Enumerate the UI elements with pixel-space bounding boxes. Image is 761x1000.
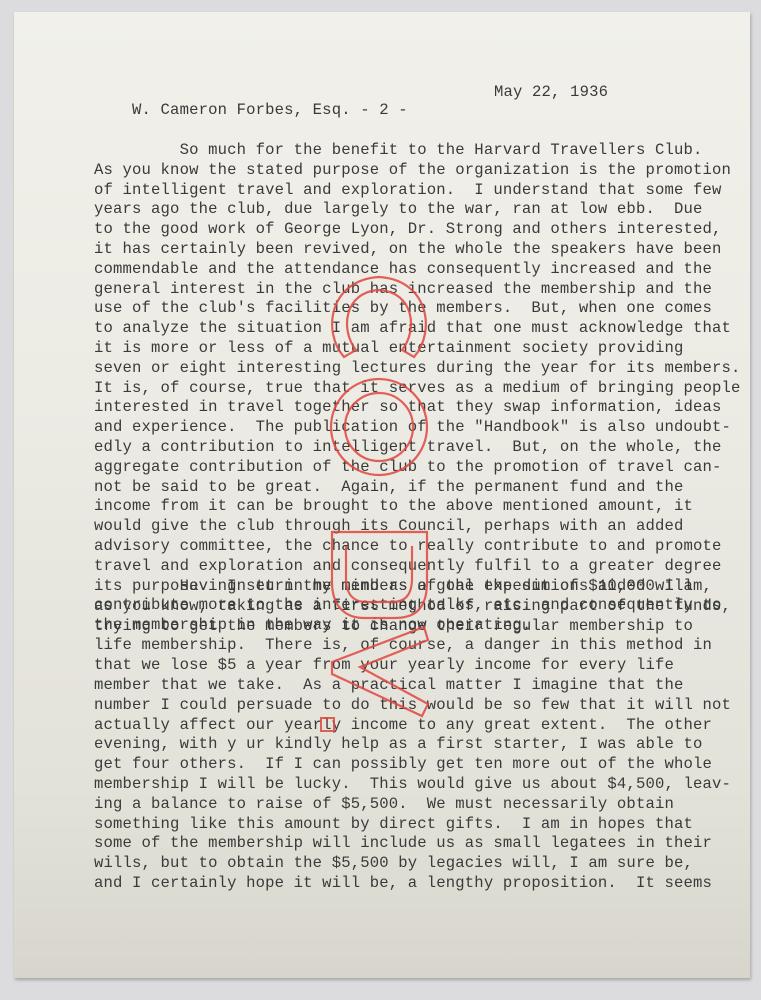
text-line: and experience. The publication of the "… (94, 418, 741, 438)
paragraph-2: Having set in my mind as a goal the sum … (94, 577, 731, 894)
text-line: to analyze the situation I am afraid tha… (94, 319, 741, 339)
text-line: not be said to be great. Again, if the p… (94, 478, 741, 498)
text-line: advisory committee, the chance to really… (94, 537, 741, 557)
text-line: it is more or less of a mutual entertain… (94, 339, 741, 359)
letter-date: May 22, 1936 (494, 83, 608, 101)
text-line: seven or eight interesting lectures duri… (94, 359, 741, 379)
text-line: edly a contribution to intelligent trave… (94, 438, 741, 458)
text-line: years ago the club, due largely to the w… (94, 200, 741, 220)
recipient-line: W. Cameron Forbes, Esq. - 2 - (132, 101, 408, 119)
text-line: travel and exploration and consequently … (94, 557, 741, 577)
text-line: life membership. There is, of course, a … (94, 636, 731, 656)
text-line: ing a balance to raise of $5,500. We mus… (94, 795, 731, 815)
text-line: it has certainly been revived, on the wh… (94, 240, 741, 260)
text-line: wills, but to obtain the $5,500 by legac… (94, 854, 731, 874)
text-line: general interest in the club has increas… (94, 280, 741, 300)
text-line: membership I will be lucky. This would g… (94, 775, 731, 795)
text-line: trying to get the members to change thei… (94, 617, 731, 637)
text-line: So much for the benefit to the Harvard T… (94, 141, 741, 161)
text-line: some of the membership will include us a… (94, 834, 731, 854)
text-line: something like this amount by direct gif… (94, 815, 731, 835)
text-line: member that we take. As a practical matt… (94, 676, 731, 696)
text-line: interested in travel together so that th… (94, 398, 741, 418)
text-line: actually affect our yearly income to any… (94, 716, 731, 736)
text-line: Having set in my mind as a goal the sum … (94, 577, 731, 597)
text-line: aggregate contribution of the club to th… (94, 458, 741, 478)
letter-page: W. Cameron Forbes, Esq. - 2 - May 22, 19… (14, 12, 750, 978)
text-line: to the good work of George Lyon, Dr. Str… (94, 220, 741, 240)
text-line: income from it can be brought to the abo… (94, 497, 741, 517)
text-line: commendable and the attendance has conse… (94, 260, 741, 280)
text-line: As you know the stated purpose of the or… (94, 161, 741, 181)
text-line: would give the club through its Council,… (94, 517, 741, 537)
text-line: It is, of course, true that it serves as… (94, 379, 741, 399)
text-line: evening, with y ur kindly help as a firs… (94, 735, 731, 755)
text-line: that we lose $5 a year from your yearly … (94, 656, 731, 676)
text-line: and I certainly hope it will be, a lengt… (94, 874, 731, 894)
text-line: number I could persuade to do this would… (94, 696, 731, 716)
text-line: use of the club's facilities by the memb… (94, 299, 741, 319)
text-line: of intelligent travel and exploration. I… (94, 181, 741, 201)
text-line: get four others. If I can possibly get t… (94, 755, 731, 775)
text-line: as you know, taking as a first method of… (94, 597, 731, 617)
paragraph-1: So much for the benefit to the Harvard T… (94, 141, 741, 636)
